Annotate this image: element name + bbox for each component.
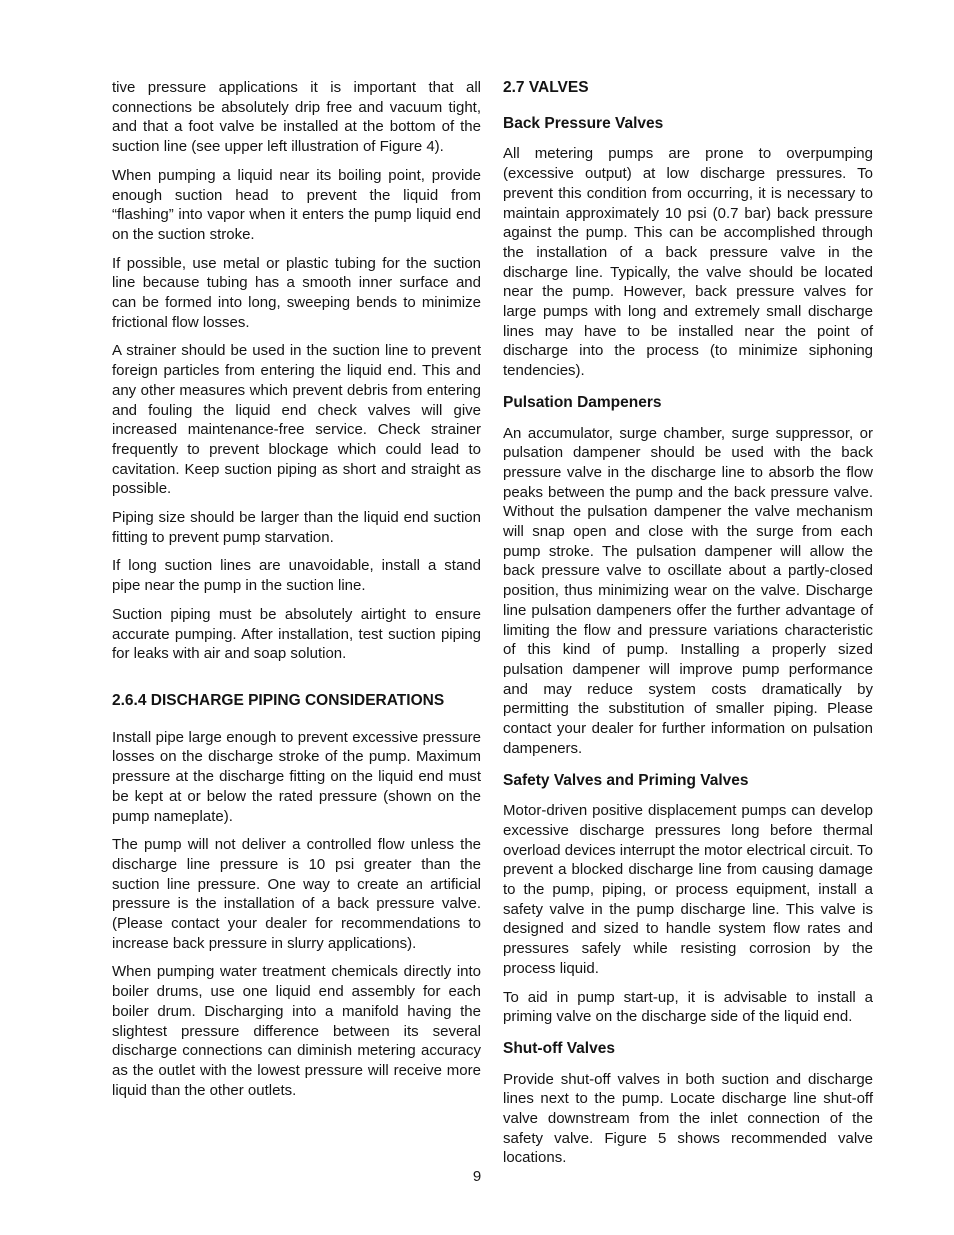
- manual-page: tive pressure applications it is importa…: [0, 0, 954, 1235]
- paragraph: All metering pumps are prone to overpump…: [503, 144, 873, 380]
- paragraph: If possible, use metal or plastic tubing…: [112, 254, 481, 333]
- paragraph: When pumping water treatment chemicals d…: [112, 962, 481, 1100]
- section-heading-discharge-piping: 2.6.4 DISCHARGE PIPING CONSIDERATIONS: [112, 691, 481, 711]
- section-heading-valves: 2.7 VALVES: [503, 78, 873, 98]
- paragraph: Install pipe large enough to prevent exc…: [112, 728, 481, 827]
- right-column: 2.7 VALVES Back Pressure Valves All mete…: [503, 78, 873, 1177]
- left-column: tive pressure applications it is importa…: [112, 78, 481, 1109]
- subsection-heading-shut-off-valves: Shut-off Valves: [503, 1039, 873, 1059]
- paragraph: To aid in pump start-up, it is advisable…: [503, 988, 873, 1027]
- subsection-heading-pulsation-dampeners: Pulsation Dampeners: [503, 393, 873, 413]
- paragraph: A strainer should be used in the suction…: [112, 341, 481, 499]
- paragraph: The pump will not deliver a controlled f…: [112, 835, 481, 953]
- subsection-heading-back-pressure-valves: Back Pressure Valves: [503, 114, 873, 134]
- paragraph: Motor-driven positive displacement pumps…: [503, 801, 873, 978]
- paragraph: Piping size should be larger than the li…: [112, 508, 481, 547]
- paragraph: If long suction lines are unavoidable, i…: [112, 556, 481, 595]
- page-number: 9: [0, 1168, 954, 1185]
- paragraph: Suction piping must be absolutely airtig…: [112, 605, 481, 664]
- paragraph: An accumulator, surge chamber, surge sup…: [503, 424, 873, 759]
- subsection-heading-safety-priming-valves: Safety Valves and Priming Valves: [503, 771, 873, 791]
- paragraph: When pumping a liquid near its boiling p…: [112, 166, 481, 245]
- paragraph: Provide shut-off valves in both suction …: [503, 1070, 873, 1169]
- paragraph: tive pressure applications it is importa…: [112, 78, 481, 157]
